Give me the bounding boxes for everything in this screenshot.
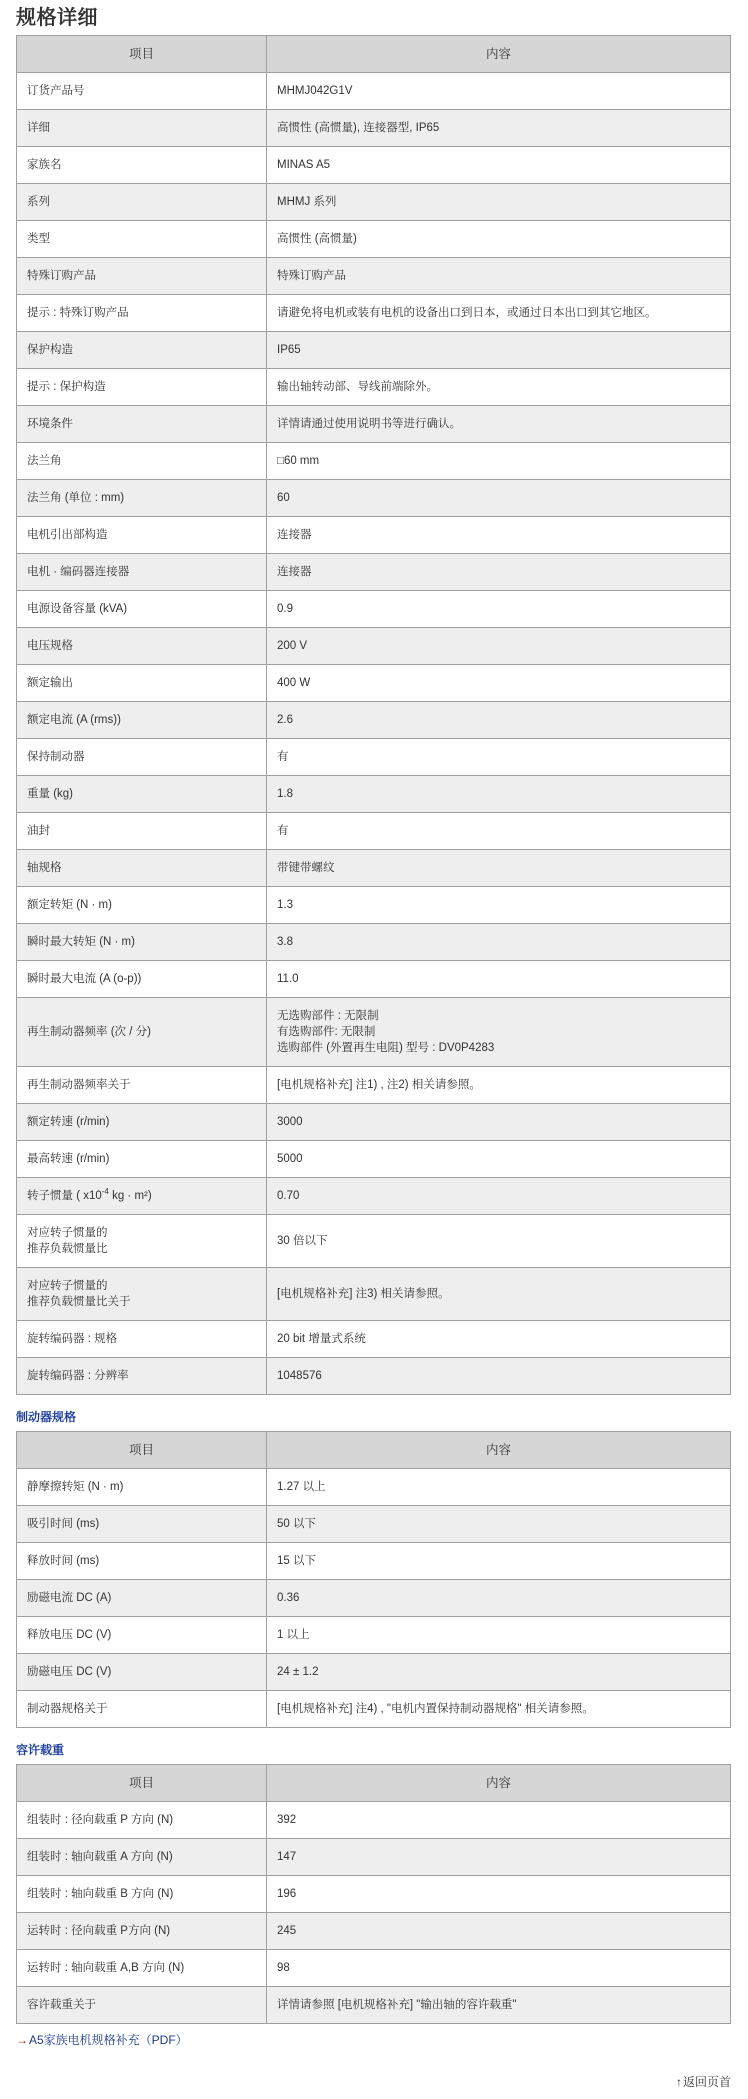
- row-item: 吸引时间 (ms): [17, 1506, 267, 1543]
- row-value: MHMJ 系列: [267, 184, 731, 221]
- row-item: 订货产品号: [17, 73, 267, 110]
- table-row: 系列MHMJ 系列: [17, 184, 731, 221]
- row-item: 释放时间 (ms): [17, 1543, 267, 1580]
- row-value: □60 mm: [267, 443, 731, 480]
- row-value: 详情请通过使用说明书等进行确认。: [267, 406, 731, 443]
- table-row: 组装时 : 径向载重 P 方向 (N)392: [17, 1802, 731, 1839]
- row-item: 转子惯量 ( x10-4 kg · m²): [17, 1178, 267, 1215]
- table-row: 组装时 : 轴向载重 B 方向 (N)196: [17, 1876, 731, 1913]
- table-row: 法兰角 (单位 : mm)60: [17, 480, 731, 517]
- table-row: 环境条件详情请通过使用说明书等进行确认。: [17, 406, 731, 443]
- table-header-row: 项目 内容: [17, 1432, 731, 1469]
- column-header-content: 内容: [267, 1432, 731, 1469]
- row-value: 连接器: [267, 554, 731, 591]
- row-item: 详细: [17, 110, 267, 147]
- table-row: 最高转速 (r/min)5000: [17, 1141, 731, 1178]
- table-row: 旋转编码器 : 规格20 bit 增量式系统: [17, 1321, 731, 1358]
- table-row: 吸引时间 (ms)50 以下: [17, 1506, 731, 1543]
- table-row: 运转时 : 径向载重 P方向 (N)245: [17, 1913, 731, 1950]
- row-item: 释放电压 DC (V): [17, 1617, 267, 1654]
- pdf-link-label: A5家族电机规格补充（PDF）: [29, 2033, 188, 2047]
- column-header-content: 内容: [267, 36, 731, 73]
- column-header-item: 项目: [17, 36, 267, 73]
- row-value: 连接器: [267, 517, 731, 554]
- value-line: 有选购部件: 无限制: [277, 1024, 720, 1040]
- row-value: [电机规格补充] 注3) 相关请参照。: [267, 1268, 731, 1321]
- row-value: 1048576: [267, 1358, 731, 1395]
- a5-spec-supplement-pdf-link[interactable]: →A5家族电机规格补充（PDF）: [16, 2032, 188, 2048]
- row-value: 详情请参照 [电机规格补充] "输出轴的容许载重": [267, 1987, 731, 2024]
- row-item: 保护构造: [17, 332, 267, 369]
- table-row: 电源设备容量 (kVA)0.9: [17, 591, 731, 628]
- item-superscript: -4: [102, 1187, 109, 1196]
- row-value: 3.8: [267, 924, 731, 961]
- row-value: 1.8: [267, 776, 731, 813]
- row-item: 提示 : 特殊订购产品: [17, 295, 267, 332]
- table-row: 提示 : 保护构造输出轴转动部、导线前端除外。: [17, 369, 731, 406]
- table-row: 订货产品号MHMJ042G1V: [17, 73, 731, 110]
- section-title-brake: 制动器规格: [16, 1410, 731, 1424]
- table-row: 额定输出400 W: [17, 665, 731, 702]
- section-title-permissible-load: 容许载重: [16, 1743, 731, 1757]
- table-row: 额定转矩 (N · m)1.3: [17, 887, 731, 924]
- value-line: 选购部件 (外置再生电阻) 型号 : DV0P4283: [277, 1040, 720, 1056]
- value-line: 无选购部件 : 无限制: [277, 1008, 720, 1024]
- row-value: 特殊订购产品: [267, 258, 731, 295]
- row-item: 额定输出: [17, 665, 267, 702]
- row-value: 20 bit 增量式系统: [267, 1321, 731, 1358]
- table-row: 励磁电流 DC (A)0.36: [17, 1580, 731, 1617]
- row-item: 运转时 : 轴向载重 A,B 方向 (N): [17, 1950, 267, 1987]
- row-value: 2.6: [267, 702, 731, 739]
- row-value: 98: [267, 1950, 731, 1987]
- row-item: 重量 (kg): [17, 776, 267, 813]
- row-item: 额定电流 (A (rms)): [17, 702, 267, 739]
- row-value: [电机规格补充] 注1) , 注2) 相关请参照。: [267, 1067, 731, 1104]
- row-item: 保持制动器: [17, 739, 267, 776]
- item-text: kg · m²): [109, 1190, 152, 1202]
- row-item: 瞬时最大电流 (A (o-p)): [17, 961, 267, 998]
- arrow-right-icon: →: [16, 2033, 28, 2047]
- table-row: 再生制动器频率关于[电机规格补充] 注1) , 注2) 相关请参照。: [17, 1067, 731, 1104]
- row-item: 励磁电流 DC (A): [17, 1580, 267, 1617]
- row-item: 轴规格: [17, 850, 267, 887]
- table-row: 电机引出部构造连接器: [17, 517, 731, 554]
- table-row: 再生制动器频率 (次 / 分) 无选购部件 : 无限制 有选购部件: 无限制 选…: [17, 998, 731, 1067]
- back-to-top-link[interactable]: ↑返回页首: [676, 2074, 731, 2090]
- table-row: 对应转子惯量的 推荐负载惯量比 30 倍以下: [17, 1215, 731, 1268]
- row-item: 电机引出部构造: [17, 517, 267, 554]
- row-item: 再生制动器频率关于: [17, 1067, 267, 1104]
- row-item: 瞬时最大转矩 (N · m): [17, 924, 267, 961]
- table-row: 轴规格带键带螺纹: [17, 850, 731, 887]
- row-item: 系列: [17, 184, 267, 221]
- row-item: 法兰角: [17, 443, 267, 480]
- table-row: 详细高惯性 (高惯量), 连接器型, IP65: [17, 110, 731, 147]
- row-item: 对应转子惯量的 推荐负载惯量比: [17, 1215, 267, 1268]
- row-value: 3000: [267, 1104, 731, 1141]
- row-value: 60: [267, 480, 731, 517]
- table-row: 额定转速 (r/min)3000: [17, 1104, 731, 1141]
- spec-table-body: 订货产品号MHMJ042G1V 详细高惯性 (高惯量), 连接器型, IP65 …: [17, 73, 731, 1395]
- row-item: 额定转速 (r/min): [17, 1104, 267, 1141]
- row-item: 电源设备容量 (kVA): [17, 591, 267, 628]
- table-row: 提示 : 特殊订购产品请避免将电机或装有电机的设备出口到日本，或通过日本出口到其…: [17, 295, 731, 332]
- row-item: 对应转子惯量的 推荐负载惯量比关于: [17, 1268, 267, 1321]
- row-item: 容许载重关于: [17, 1987, 267, 2024]
- row-item: 旋转编码器 : 分辨率: [17, 1358, 267, 1395]
- table-row: 对应转子惯量的 推荐负载惯量比关于 [电机规格补充] 注3) 相关请参照。: [17, 1268, 731, 1321]
- table-row: 家族名MINAS A5: [17, 147, 731, 184]
- row-value: 5000: [267, 1141, 731, 1178]
- row-value: 无选购部件 : 无限制 有选购部件: 无限制 选购部件 (外置再生电阻) 型号 …: [267, 998, 731, 1067]
- row-item: 制动器规格关于: [17, 1691, 267, 1728]
- table-row: 制动器规格关于[电机规格补充] 注4) , "电机内置保持制动器规格" 相关请参…: [17, 1691, 731, 1728]
- table-row: 释放电压 DC (V)1 以上: [17, 1617, 731, 1654]
- row-value: 400 W: [267, 665, 731, 702]
- table-row: 电机 · 编码器连接器连接器: [17, 554, 731, 591]
- table-header-row: 项目 内容: [17, 36, 731, 73]
- row-value: 高惯性 (高惯量): [267, 221, 731, 258]
- row-item: 特殊订购产品: [17, 258, 267, 295]
- table-row: 额定电流 (A (rms))2.6: [17, 702, 731, 739]
- item-text: 转子惯量 ( x10: [27, 1190, 102, 1202]
- row-value: 有: [267, 739, 731, 776]
- row-item: 静摩擦转矩 (N · m): [17, 1469, 267, 1506]
- row-value: 1.3: [267, 887, 731, 924]
- row-value: 392: [267, 1802, 731, 1839]
- row-value: 高惯性 (高惯量), 连接器型, IP65: [267, 110, 731, 147]
- brake-spec-table: 项目 内容 静摩擦转矩 (N · m)1.27 以上 吸引时间 (ms)50 以…: [16, 1431, 731, 1728]
- spec-page: 规格详细 项目 内容 订货产品号MHMJ042G1V 详细高惯性 (高惯量), …: [0, 0, 748, 2048]
- column-header-item: 项目: [17, 1765, 267, 1802]
- row-value: 0.70: [267, 1178, 731, 1215]
- row-item: 电压规格: [17, 628, 267, 665]
- table-row: 励磁电压 DC (V)24 ± 1.2: [17, 1654, 731, 1691]
- row-item: 最高转速 (r/min): [17, 1141, 267, 1178]
- table-row: 旋转编码器 : 分辨率1048576: [17, 1358, 731, 1395]
- table-row: 组装时 : 轴向载重 A 方向 (N)147: [17, 1839, 731, 1876]
- table-row: 转子惯量 ( x10-4 kg · m²) 0.70: [17, 1178, 731, 1215]
- table-row: 保持制动器有: [17, 739, 731, 776]
- row-value: [电机规格补充] 注4) , "电机内置保持制动器规格" 相关请参照。: [267, 1691, 731, 1728]
- table-row: 特殊订购产品特殊订购产品: [17, 258, 731, 295]
- row-item: 组装时 : 轴向载重 A 方向 (N): [17, 1839, 267, 1876]
- row-item: 提示 : 保护构造: [17, 369, 267, 406]
- column-header-item: 项目: [17, 1432, 267, 1469]
- row-value: 50 以下: [267, 1506, 731, 1543]
- row-value: 24 ± 1.2: [267, 1654, 731, 1691]
- row-value: 147: [267, 1839, 731, 1876]
- table-row: 瞬时最大电流 (A (o-p))11.0: [17, 961, 731, 998]
- table-row: 法兰角□60 mm: [17, 443, 731, 480]
- table-row: 瞬时最大转矩 (N · m)3.8: [17, 924, 731, 961]
- row-item: 旋转编码器 : 规格: [17, 1321, 267, 1358]
- row-item: 家族名: [17, 147, 267, 184]
- row-value: 30 倍以下: [267, 1215, 731, 1268]
- back-to-top-label: 返回页首: [683, 2075, 731, 2089]
- page-title: 规格详细: [16, 0, 731, 35]
- row-item: 励磁电压 DC (V): [17, 1654, 267, 1691]
- row-item: 额定转矩 (N · m): [17, 887, 267, 924]
- row-value: IP65: [267, 332, 731, 369]
- row-item: 油封: [17, 813, 267, 850]
- table-row: 释放时间 (ms)15 以下: [17, 1543, 731, 1580]
- row-value: MINAS A5: [267, 147, 731, 184]
- row-value: 输出轴转动部、导线前端除外。: [267, 369, 731, 406]
- row-value: 11.0: [267, 961, 731, 998]
- row-value: 1 以上: [267, 1617, 731, 1654]
- item-line: 对应转子惯量的: [27, 1278, 256, 1294]
- row-item: 组装时 : 径向载重 P 方向 (N): [17, 1802, 267, 1839]
- table-row: 电压规格200 V: [17, 628, 731, 665]
- column-header-content: 内容: [267, 1765, 731, 1802]
- row-item: 电机 · 编码器连接器: [17, 554, 267, 591]
- row-item: 再生制动器频率 (次 / 分): [17, 998, 267, 1067]
- item-line: 推荐负载惯量比: [27, 1241, 256, 1257]
- table-row: 油封有: [17, 813, 731, 850]
- table-header-row: 项目 内容: [17, 1765, 731, 1802]
- permissible-load-table: 项目 内容 组装时 : 径向载重 P 方向 (N)392 组装时 : 轴向载重 …: [16, 1764, 731, 2024]
- arrow-up-icon: ↑: [676, 2075, 682, 2089]
- row-value: 带键带螺纹: [267, 850, 731, 887]
- table-row: 类型高惯性 (高惯量): [17, 221, 731, 258]
- table-row: 容许载重关于详情请参照 [电机规格补充] "输出轴的容许载重": [17, 1987, 731, 2024]
- row-item: 运转时 : 径向载重 P方向 (N): [17, 1913, 267, 1950]
- row-value: 0.36: [267, 1580, 731, 1617]
- row-value: 有: [267, 813, 731, 850]
- table-row: 运转时 : 轴向载重 A,B 方向 (N)98: [17, 1950, 731, 1987]
- row-value: 196: [267, 1876, 731, 1913]
- spec-detail-table: 项目 内容 订货产品号MHMJ042G1V 详细高惯性 (高惯量), 连接器型,…: [16, 35, 731, 1395]
- row-value: 1.27 以上: [267, 1469, 731, 1506]
- table-row: 保护构造IP65: [17, 332, 731, 369]
- row-value: 15 以下: [267, 1543, 731, 1580]
- row-value: 0.9: [267, 591, 731, 628]
- row-value: 请避免将电机或装有电机的设备出口到日本，或通过日本出口到其它地区。: [267, 295, 731, 332]
- row-item: 法兰角 (单位 : mm): [17, 480, 267, 517]
- item-line: 对应转子惯量的: [27, 1225, 256, 1241]
- row-value: MHMJ042G1V: [267, 73, 731, 110]
- table-row: 重量 (kg)1.8: [17, 776, 731, 813]
- row-value: 200 V: [267, 628, 731, 665]
- row-value: 245: [267, 1913, 731, 1950]
- row-item: 组装时 : 轴向载重 B 方向 (N): [17, 1876, 267, 1913]
- row-item: 环境条件: [17, 406, 267, 443]
- item-line: 推荐负载惯量比关于: [27, 1294, 256, 1310]
- table-row: 静摩擦转矩 (N · m)1.27 以上: [17, 1469, 731, 1506]
- row-item: 类型: [17, 221, 267, 258]
